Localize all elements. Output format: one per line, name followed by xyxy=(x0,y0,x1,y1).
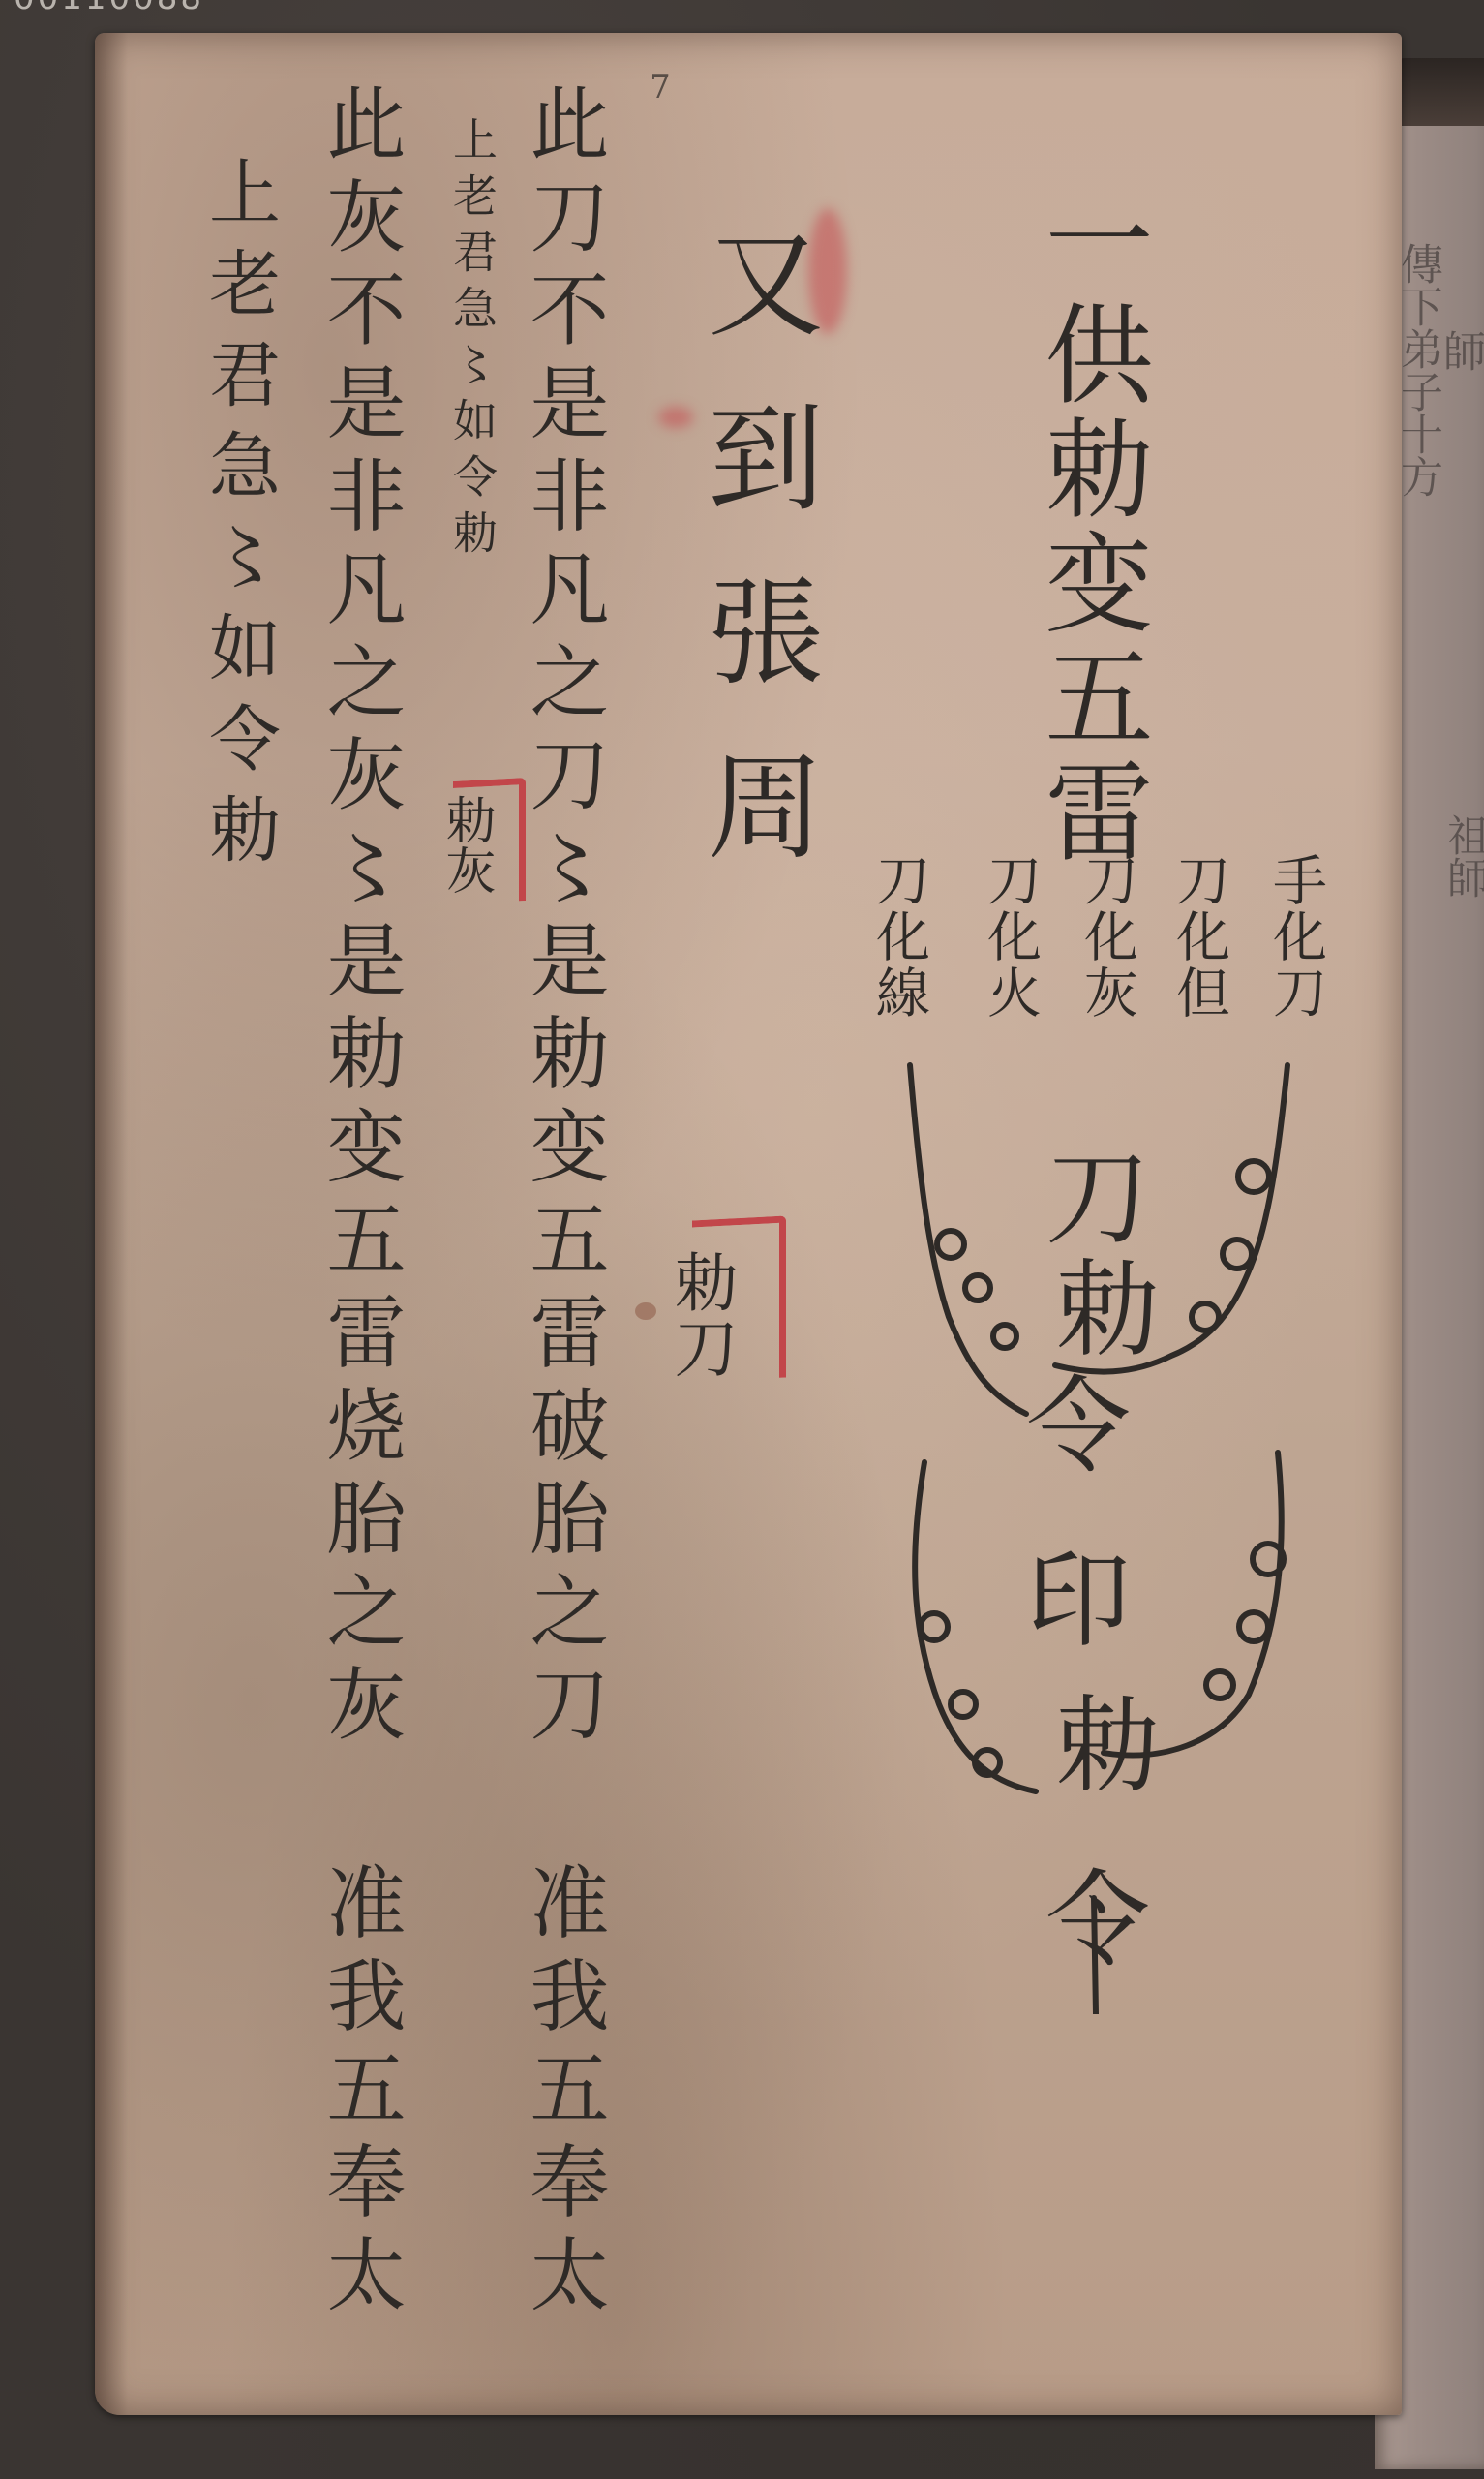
adjacent-page-text: 師 xyxy=(1439,329,1481,372)
talisman-char: 印 xyxy=(1026,1549,1131,1654)
text-column-small: 上老君急〻如令勅 xyxy=(450,116,495,566)
transformation-column: 刀化線 xyxy=(871,852,925,1021)
paper-stain xyxy=(635,1302,656,1320)
transformation-column: 刀化灰 xyxy=(1079,852,1134,1021)
heading-column: 又到張周 xyxy=(697,223,813,920)
red-marked-note: 勅灰 xyxy=(440,794,491,895)
talisman-char: 刀 xyxy=(1045,1148,1150,1252)
red-marked-note: 勅刀 xyxy=(668,1249,732,1381)
text-column: 上老君急〻如令勅 xyxy=(203,155,275,883)
corner-mark: 7 xyxy=(644,68,677,107)
talisman-char: 令 xyxy=(1026,1375,1131,1480)
adjacent-page-text: 祖師 xyxy=(1442,813,1484,899)
talisman-char: 勅 xyxy=(1055,1695,1160,1799)
title-column: 一供勅变五雷 xyxy=(1036,184,1144,870)
transformation-column: 手化刀 xyxy=(1268,852,1322,1021)
frame-id-label: 00110088 xyxy=(14,0,204,17)
text-column: 此灰不是非凡之灰〻是勅变五雷烧胎之灰 准我五奉太 xyxy=(319,82,399,2326)
transformation-column: 刀化火 xyxy=(983,852,1037,1021)
talisman-char: 勅 xyxy=(1055,1259,1160,1363)
talisman-char: 令 xyxy=(1045,1869,1150,1974)
text-column: 此刀不是非凡之刀〻是勅变五雷破胎之刀 准我五奉太 xyxy=(523,82,602,2326)
adjacent-page-text: 傳下弟子十方 xyxy=(1396,242,1439,498)
page-fold-shadow xyxy=(95,33,128,2415)
transformation-column: 刀化但 xyxy=(1171,852,1226,1021)
